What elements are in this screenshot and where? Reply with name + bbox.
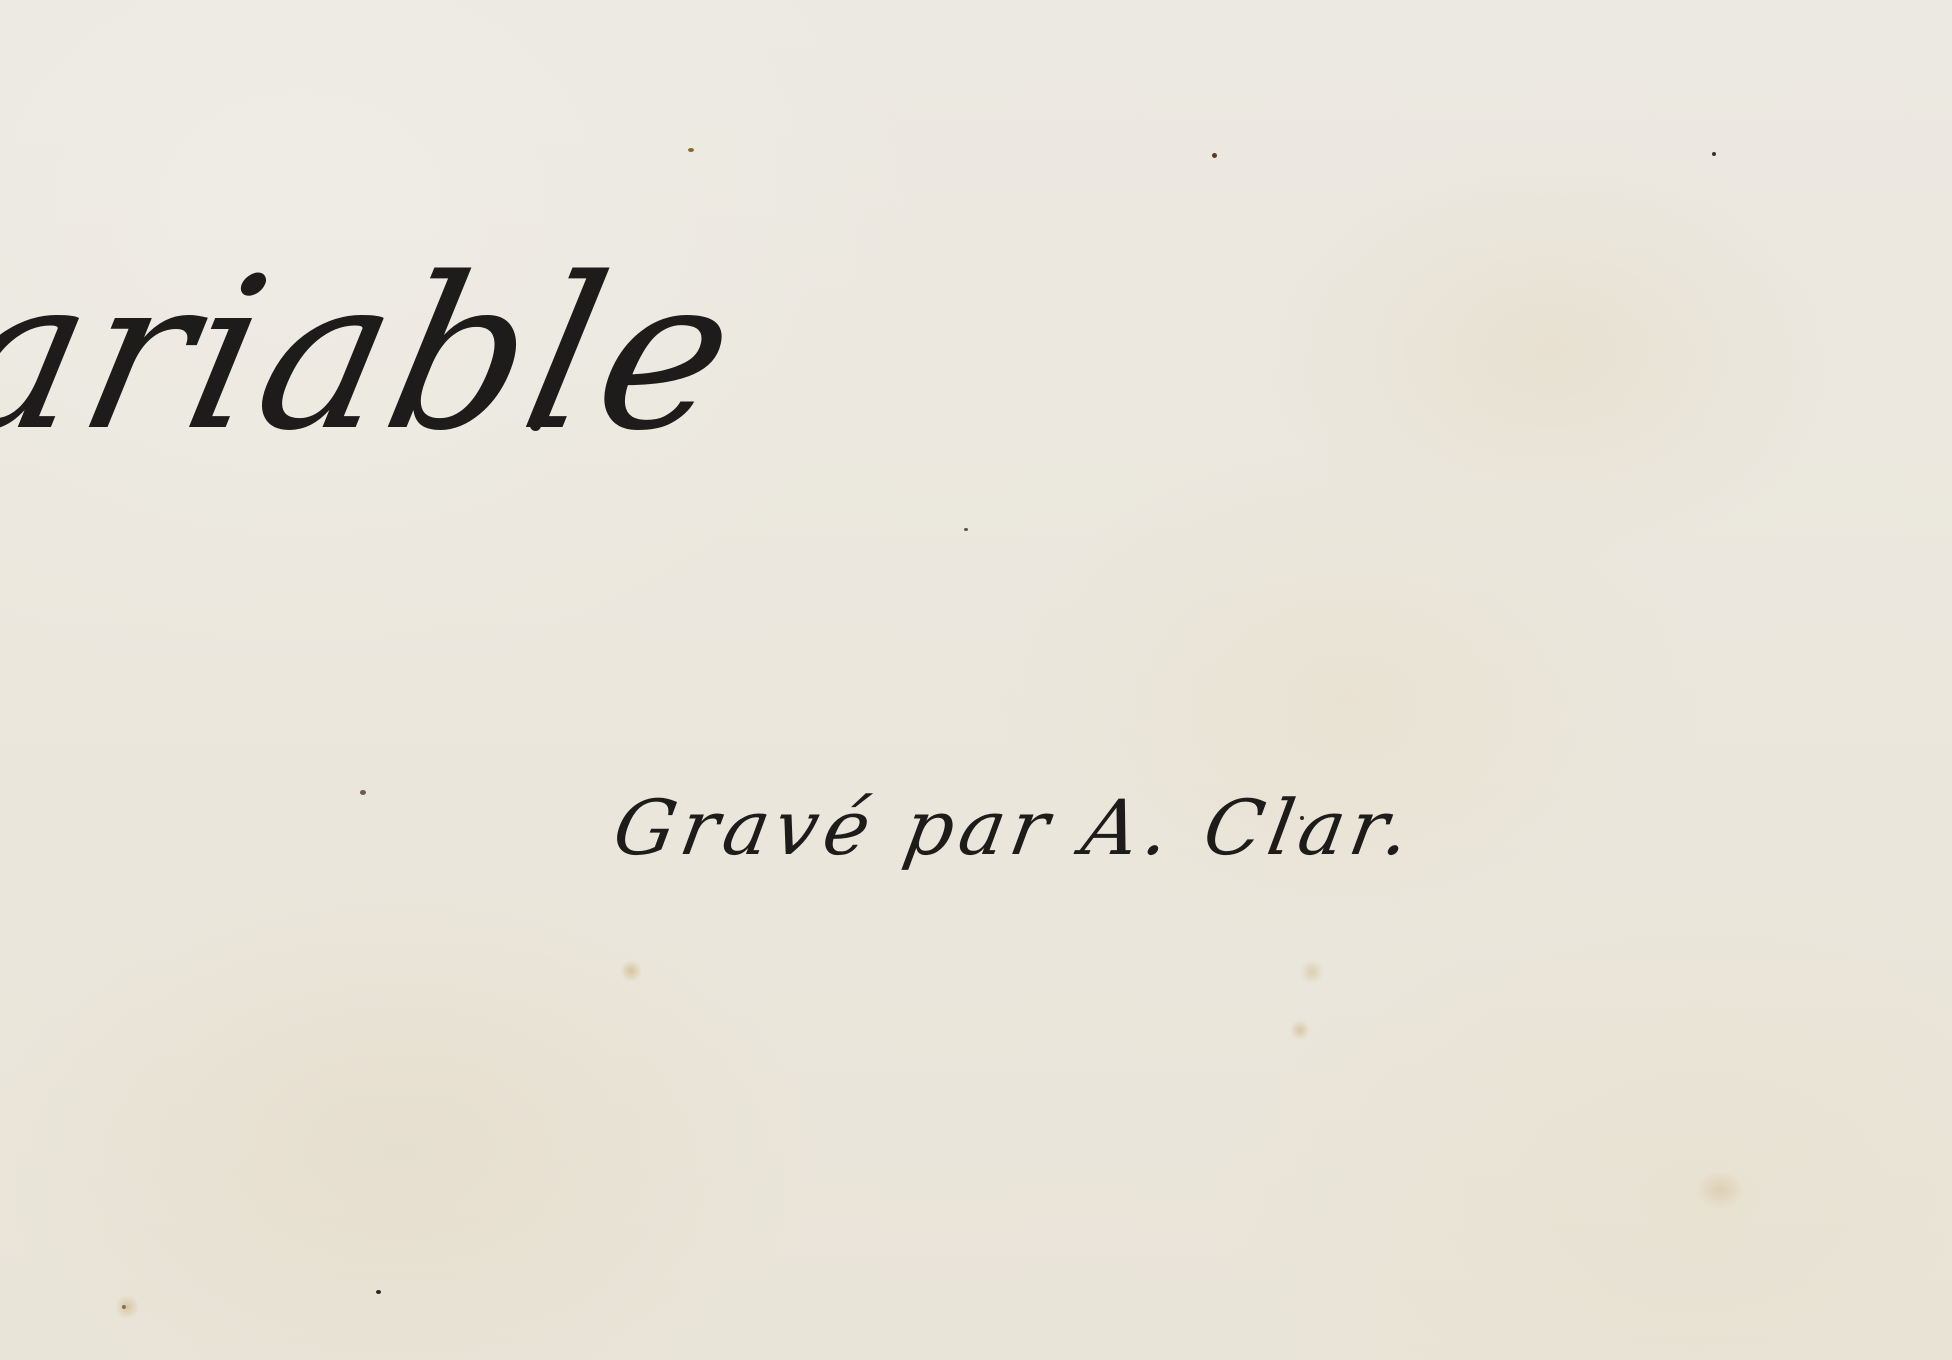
paper-fleck — [964, 528, 968, 531]
foxing-spot — [1300, 960, 1324, 984]
paper-fleck — [688, 148, 694, 152]
title-period-mark — [530, 420, 541, 431]
paper-background — [0, 0, 1952, 1360]
paper-fleck — [376, 1290, 381, 1294]
paper-fleck — [1712, 152, 1716, 156]
plate-title-fragment: ariable — [0, 250, 754, 460]
foxing-spot — [1290, 1020, 1310, 1040]
foxing-spot — [620, 960, 642, 982]
engraver-credit: Gravé par A. Clar. — [608, 790, 1421, 866]
paper-fleck — [360, 790, 366, 795]
foxing-spot — [115, 1295, 139, 1319]
foxing-spot — [1695, 1170, 1745, 1210]
paper-fleck — [1212, 153, 1217, 158]
